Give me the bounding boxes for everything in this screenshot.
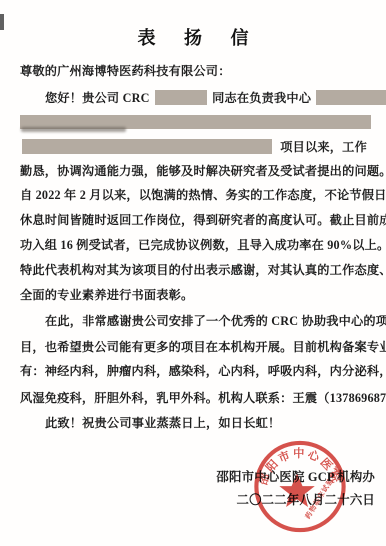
greeting-post: 同志在负责我中心 xyxy=(212,91,311,105)
body-line: 功入组 16 例受试者，已完成协议例数，且导入成功率在 90%以上。 xyxy=(20,238,378,253)
hospital-seal-stamp: 邵阳市中心医院 药物临床试验机构 xyxy=(251,437,349,535)
body-line: 在此，非常感谢贵公司安排了一个优秀的 CRC 协助我中心的项 xyxy=(20,314,378,329)
letter-title: 表 扬 信 xyxy=(0,24,386,50)
body-line: 全面的专业素养进行书面表彰。 xyxy=(20,288,378,303)
redaction-box-crc-name xyxy=(155,90,207,105)
body-line: 风湿免疫科，肝胆外科，乳甲外科。机构人联系：王震（13786968790） xyxy=(20,391,378,406)
redaction-bar-line-lead xyxy=(22,139,272,154)
project-line-suffix: 项目以来，工作 xyxy=(280,140,367,154)
redaction-box-project-name xyxy=(316,90,386,105)
body-line: 特此代表机构对其为该项目的付出表示感谢，对其认真的工作态度、 xyxy=(20,263,378,278)
salutation-line: 尊敬的广州海博特医药科技有限公司： xyxy=(20,64,378,79)
body-line: 休息时间皆随时返回工作岗位，得到研究者的高度认可。截止目前成 xyxy=(20,213,378,228)
scan-smudge xyxy=(21,127,126,132)
closing-line: 此致！祝贵公司事业蒸蒸日上，如日长虹！ xyxy=(20,416,378,431)
body-line: 目，也希望贵公司能有更多的项目在本机构开展。目前机构备案专业 xyxy=(20,340,378,355)
body-line: 勤恳，协调沟通能力强，能够及时解决研究者及受试者提出的问题。 xyxy=(20,164,378,179)
greeting-pre: 您好！贵公司 CRC xyxy=(45,91,150,105)
letter-page: 表 扬 信 尊敬的广州海博特医药科技有限公司： 您好！贵公司 CRC 同志在负责… xyxy=(0,0,386,546)
body-line: 自 2022 年 2 月以来，以饱满的热情、务实的工作态度，不论节假日、 xyxy=(20,188,378,203)
greeting-line: 您好！贵公司 CRC 同志在负责我中心 xyxy=(20,90,378,106)
seal-star-icon xyxy=(279,473,314,507)
project-line: 项目以来，工作 xyxy=(20,139,378,155)
body-line: 有：神经内科，肿瘤内科，感染科，心内科，呼吸内科，内分泌科， xyxy=(20,364,378,379)
